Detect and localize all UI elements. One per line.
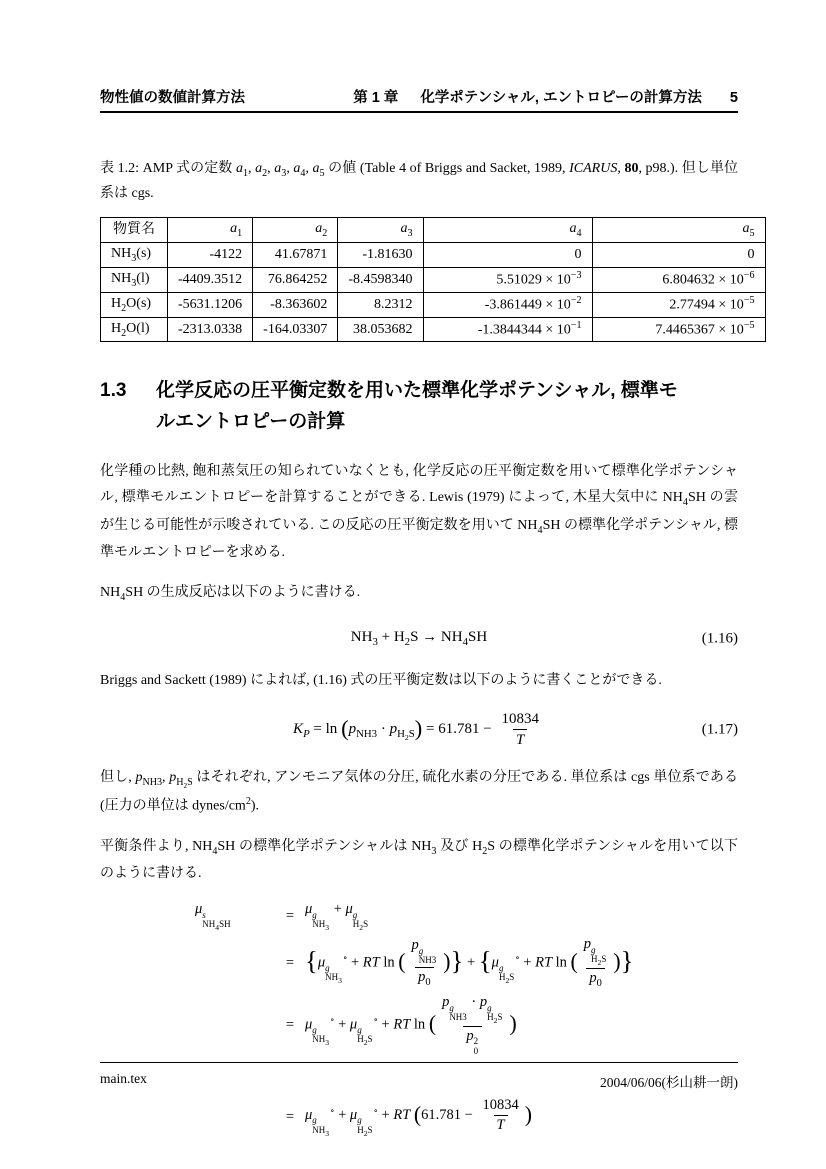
derivation-line: = μgNH3∘ + μgH2S∘ + RT ln (pgNH3 · pgH2S…: [195, 994, 738, 1056]
table-cell: -1.3844344 × 10−1: [423, 317, 592, 342]
header-page-number: 5: [730, 90, 738, 106]
table-row: H2O(s) -5631.1206 -8.363602 8.2312 -3.86…: [101, 292, 766, 317]
header-doc-title: 物性値の数値計算方法: [100, 86, 245, 107]
table-cell: 6.804632 × 10−6: [592, 267, 765, 292]
table-cell: -8.363602: [253, 292, 338, 317]
table-cell: -1.81630: [338, 242, 423, 267]
column-header-a3: a3: [338, 217, 423, 242]
derivation-line: = {μgNH3∘ + RT ln (pgNH3p0)} + {μgH2S∘ +…: [195, 936, 738, 990]
equation-label: (1.16): [702, 630, 738, 647]
table-cell: 0: [592, 242, 765, 267]
paragraph-equilibrium-condition: 平衡条件より, NH4SH の標準化学ポテンシャルは NH3 及び H2S の標…: [100, 834, 738, 887]
derivation-equation-block: μsNH4SH = μgNH3 + μgH2S = {μgNH3∘ + RT l…: [195, 901, 738, 1137]
table-row: NH3(l) -4409.3512 76.864252 -8.4598340 5…: [101, 267, 766, 292]
section-title-line2: ルエントロピーの計算: [156, 407, 678, 437]
equals-sign: =: [275, 1109, 305, 1126]
header-chapter-title: 化学ポテンシャル, エントロピーの計算方法: [420, 86, 702, 107]
derivation-line: = μgNH3∘ + μgH2S∘ + RT (61.781 − 10834T): [195, 1097, 738, 1138]
table-cell: 5.51029 × 10−3: [423, 267, 592, 292]
table-cell: 41.67871: [253, 242, 338, 267]
table-row: H2O(l) -2313.0338 -164.03307 38.053682 -…: [101, 317, 766, 342]
table-cell: 38.053682: [338, 317, 423, 342]
table-cell: 2.77494 × 10−5: [592, 292, 765, 317]
table-cell: NH3(l): [101, 267, 168, 292]
header-chapter-group: 第 1 章 化学ポテンシャル, エントロピーの計算方法 5: [353, 86, 738, 107]
section-title: 化学反応の圧平衡定数を用いた標準化学ポテンシャル, 標準モ ルエントロピーの計算: [156, 376, 678, 437]
equation-1-16: NH3 + H2S → NH4SH (1.16): [100, 629, 738, 648]
derivation-rhs: {μgNH3∘ + RT ln (pgNH3p0)} + {μgH2S∘ + R…: [305, 936, 633, 990]
table-cell: -2313.0338: [168, 317, 253, 342]
paragraph-intro: 化学種の比熱, 飽和蒸気圧の知られていなくとも, 化学反応の圧平衡定数を用いて標…: [100, 459, 738, 566]
footer-file-name: main.tex: [100, 1071, 147, 1091]
table-cell: -4409.3512: [168, 267, 253, 292]
page-content: 物性値の数値計算方法 第 1 章 化学ポテンシャル, エントロピーの計算方法 5…: [0, 0, 826, 1138]
section-number: 1.3: [100, 376, 156, 437]
table-cell: -164.03307: [253, 317, 338, 342]
equation-1-16-body: NH3 + H2S → NH4SH: [351, 629, 487, 645]
equation-label: (1.17): [702, 721, 738, 738]
derivation-rhs: μgNH3∘ + μgH2S∘ + RT (61.781 − 10834T): [305, 1097, 532, 1138]
page-footer: main.tex 2004/06/06(杉山耕一朗): [100, 1062, 738, 1091]
table-row: NH3(s) -4122 41.67871 -1.81630 0 0: [101, 242, 766, 267]
column-header-substance: 物質名: [101, 217, 168, 242]
section-heading: 1.3 化学反応の圧平衡定数を用いた標準化学ポテンシャル, 標準モ ルエントロピ…: [100, 376, 738, 437]
table-cell: 76.864252: [253, 267, 338, 292]
table-cell: 8.2312: [338, 292, 423, 317]
equation-1-17-body: KP = ln (pNH3 · pH2S) = 61.781 − 10834T: [293, 721, 545, 737]
column-header-a2: a2: [253, 217, 338, 242]
column-header-a1: a1: [168, 217, 253, 242]
table-cell: 0: [423, 242, 592, 267]
equals-sign: =: [275, 1017, 305, 1034]
derivation-rhs: μgNH3 + μgH2S: [305, 901, 369, 932]
column-header-a4: a4: [423, 217, 592, 242]
equation-1-17: KP = ln (pNH3 · pH2S) = 61.781 − 10834T …: [100, 710, 738, 749]
table-cell: H2O(l): [101, 317, 168, 342]
equals-sign: =: [275, 955, 305, 972]
table-cell: NH3(s): [101, 242, 168, 267]
paragraph-formation-reaction: NH4SH の生成反応は以下のように書ける.: [100, 580, 738, 607]
table-caption: 表 1.2: AMP 式の定数 a1, a2, a3, a4, a5 の値 (T…: [100, 157, 738, 207]
document-page: 物性値の数値計算方法 第 1 章 化学ポテンシャル, エントロピーの計算方法 5…: [0, 0, 826, 1169]
column-header-a5: a5: [592, 217, 765, 242]
paragraph-briggs-sackett: Briggs and Sackett (1989) によれば, (1.16) 式…: [100, 668, 738, 694]
table-cell: -4122: [168, 242, 253, 267]
table-cell: -5631.1206: [168, 292, 253, 317]
derivation-rhs: μgNH3∘ + μgH2S∘ + RT ln (pgNH3 · pgH2Sp2…: [305, 994, 517, 1056]
table-cell: -3.861449 × 10−2: [423, 292, 592, 317]
header-rule: [100, 111, 738, 113]
derivation-line: μsNH4SH = μgNH3 + μgH2S: [195, 901, 738, 932]
page-header: 物性値の数値計算方法 第 1 章 化学ポテンシャル, エントロピーの計算方法 5: [100, 86, 738, 107]
equals-sign: =: [275, 908, 305, 925]
table-header-row: 物質名 a1 a2 a3 a4 a5: [101, 217, 766, 242]
table-cell: 7.4465367 × 10−5: [592, 317, 765, 342]
constants-table: 物質名 a1 a2 a3 a4 a5 NH3(s) -4122 41.67871…: [100, 217, 766, 343]
derivation-lhs: μsNH4SH: [195, 901, 275, 932]
table-cell: H2O(s): [101, 292, 168, 317]
paragraph-units-note: 但し, pNH3, pH2S はそれぞれ, アンモニア気体の分圧, 硫化水素の分…: [100, 765, 738, 820]
table-cell: -8.4598340: [338, 267, 423, 292]
footer-date-author: 2004/06/06(杉山耕一朗): [600, 1071, 738, 1091]
section-title-line1: 化学反応の圧平衡定数を用いた標準化学ポテンシャル, 標準モ: [156, 376, 678, 406]
header-chapter-label: 第 1 章: [353, 86, 398, 107]
